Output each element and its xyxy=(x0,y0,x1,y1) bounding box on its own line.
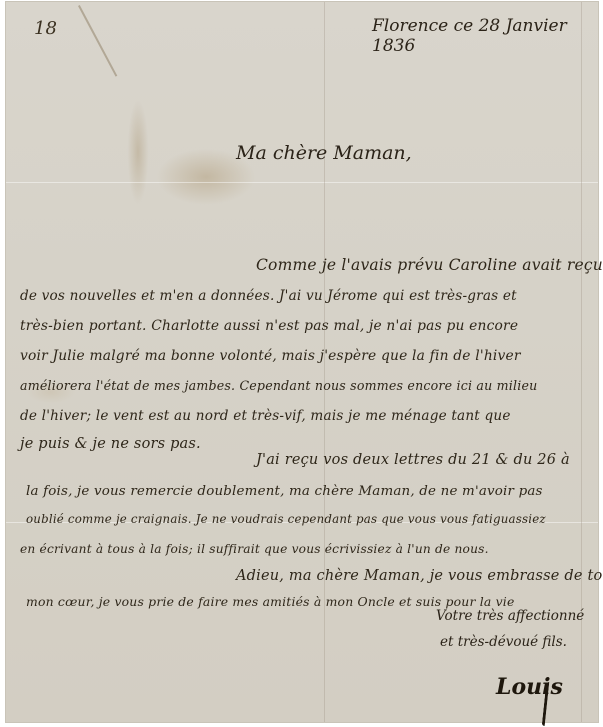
body-line: en écrivant à tous à la fois; il suffira… xyxy=(20,542,489,556)
closing-line: et très-dévoué fils. xyxy=(440,634,567,650)
body-line: Comme je l'avais prévu Caroline avait re… xyxy=(256,256,603,274)
paper-crease xyxy=(78,5,117,77)
fold-line xyxy=(6,182,598,183)
body-line: Adieu, ma chère Maman, je vous embrasse … xyxy=(236,568,603,584)
body-line: mon cœur, je vous prie de faire mes amit… xyxy=(26,594,515,609)
folio-number: 18 xyxy=(34,18,57,39)
letter-page: 18 Florence ce 28 Janvier 1836 Ma chère … xyxy=(6,2,598,722)
closing-line: Votre très affectionné xyxy=(436,608,584,624)
body-line: J'ai reçu vos deux lettres du 21 & du 26… xyxy=(256,452,570,468)
salutation: Ma chère Maman, xyxy=(236,142,412,164)
body-line: de vos nouvelles et m'en a données. J'ai… xyxy=(20,288,517,304)
body-line: oublié comme je craignais. Je ne voudrai… xyxy=(26,512,546,526)
body-line: la fois, je vous remercie doublement, ma… xyxy=(26,484,543,499)
body-line: voir Julie malgré ma bonne volonté, mais… xyxy=(20,348,521,364)
body-line: très-bien portant. Charlotte aussi n'est… xyxy=(20,318,518,334)
body-line: je puis & je ne sors pas. xyxy=(20,436,201,452)
dateline: Florence ce 28 Janvier 1836 xyxy=(372,16,598,56)
signature: Louis xyxy=(496,674,563,700)
body-line: améliorera l'état de mes jambes. Cependa… xyxy=(20,378,537,393)
body-line: de l'hiver; le vent est au nord et très-… xyxy=(20,408,511,424)
